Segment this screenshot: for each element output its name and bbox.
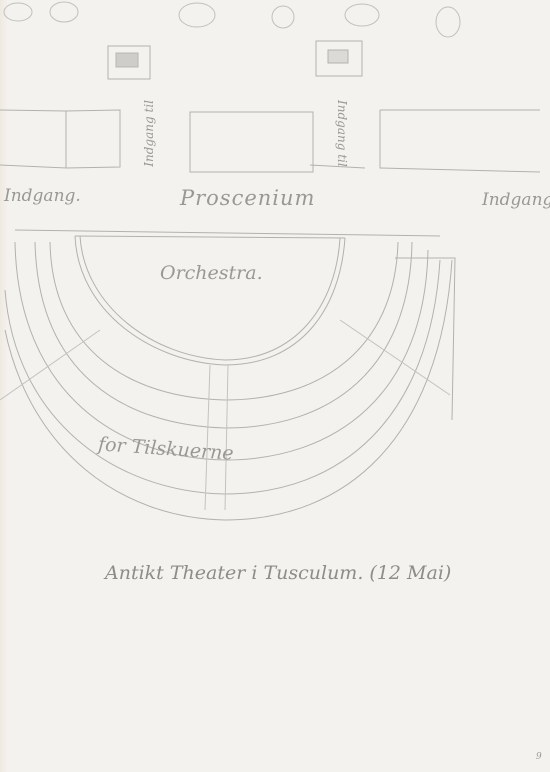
radial-aisles	[0, 320, 450, 510]
label-entrance-right: Indgang	[482, 190, 550, 210]
theater-plan-drawing	[0, 0, 550, 772]
column-base-squares	[108, 41, 362, 79]
corner-mark: 9	[536, 752, 542, 762]
label-entrance-left: Indgang.	[4, 186, 81, 206]
label-side-passage-left: Indgang til	[142, 100, 156, 167]
sketch-sheet: Indgang. Proscenium Indgang Indgang til …	[0, 0, 550, 772]
label-proscenium: Proscenium	[180, 186, 315, 210]
label-orchestra: Orchestra.	[160, 262, 263, 284]
top-circle-sketches	[4, 2, 460, 37]
stage-blocks	[0, 110, 540, 172]
caption-title: Antikt Theater i Tusculum. (12 Mai)	[105, 562, 451, 584]
label-side-passage-right: Indgang til	[335, 100, 349, 167]
